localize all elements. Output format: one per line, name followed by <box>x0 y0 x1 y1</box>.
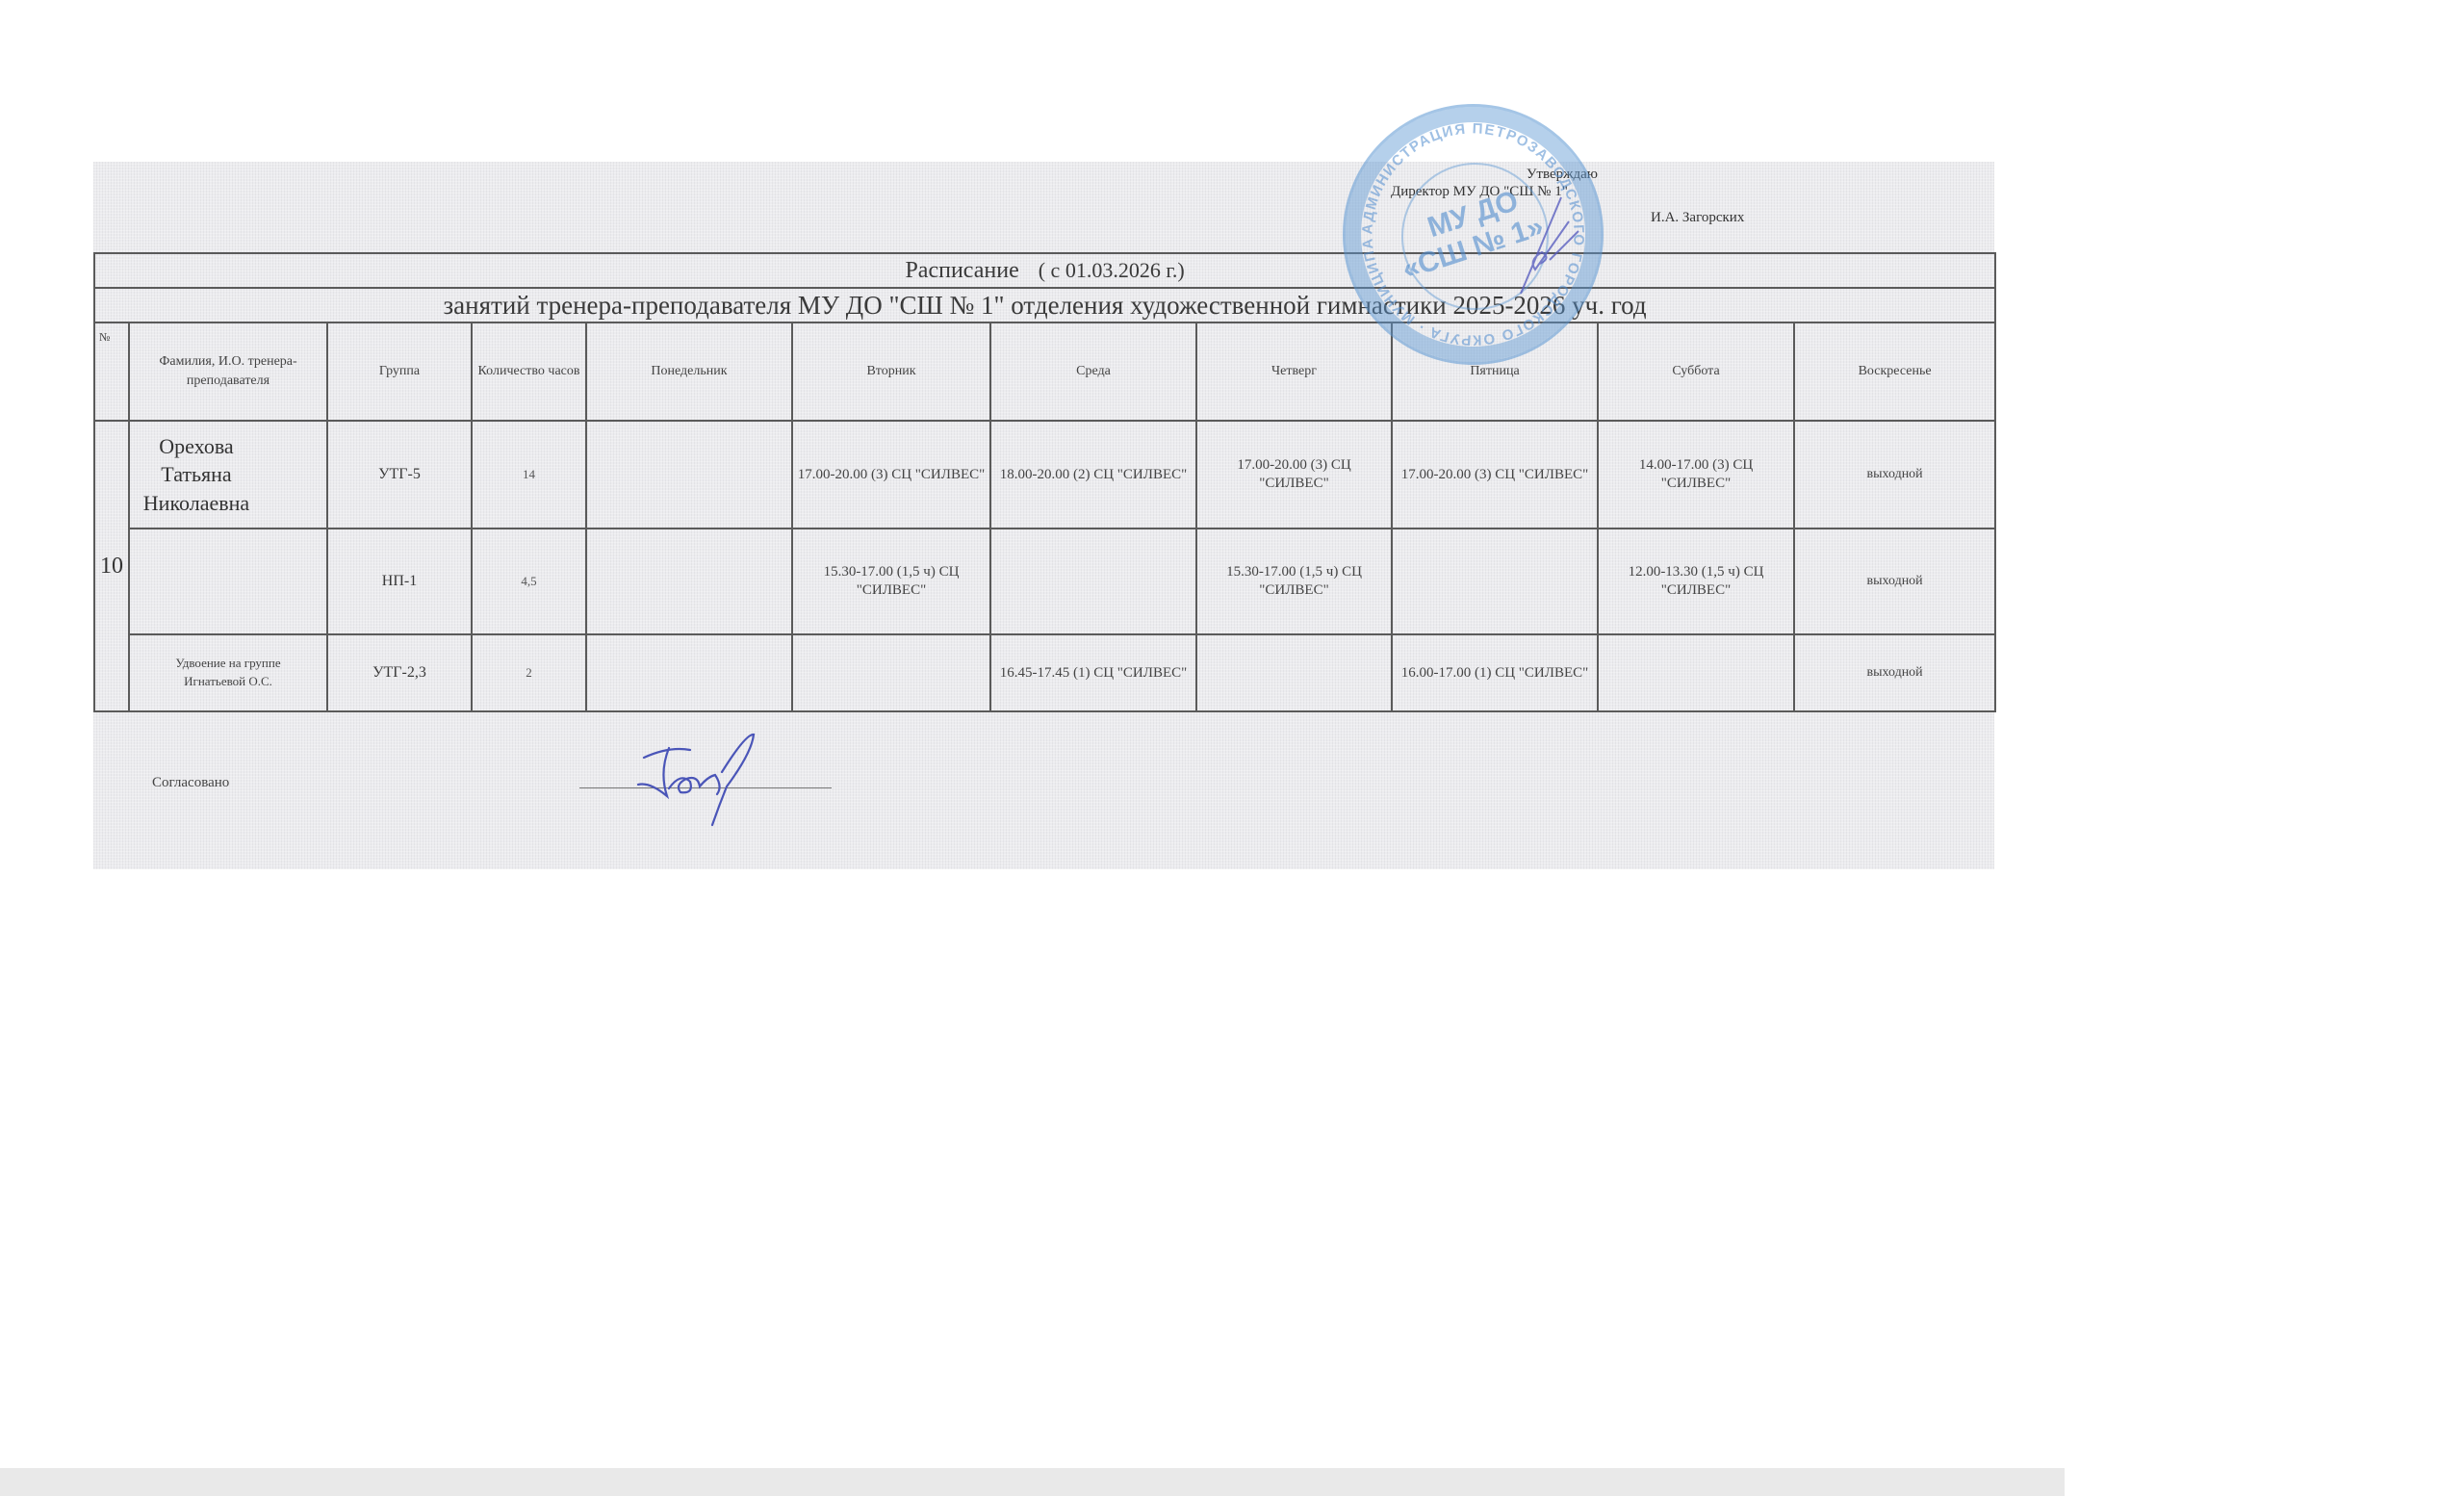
thu-cell <box>1196 634 1392 711</box>
sun-cell: выходной <box>1794 529 1995 634</box>
sat-cell: 14.00-17.00 (3) СЦ "СИЛВЕС" <box>1598 421 1794 529</box>
thu-cell: 15.30-17.00 (1,5 ч) СЦ "СИЛВЕС" <box>1196 529 1392 634</box>
document-title: Расписание( с 01.03.2026 г.) <box>94 253 1995 288</box>
header-thu: Четверг <box>1196 322 1392 421</box>
mon-cell <box>586 421 792 529</box>
wed-cell <box>990 529 1196 634</box>
director-label: Директор МУ ДО "СШ № 1" <box>1391 184 1631 200</box>
header-group: Группа <box>327 322 472 421</box>
hours-cell: 4,5 <box>472 529 586 634</box>
trainer-name-text: Орехова Татьяна Николаевна <box>134 432 259 516</box>
tue-cell: 15.30-17.00 (1,5 ч) СЦ "СИЛВЕС" <box>792 529 990 634</box>
note-text: Удвоение на группе Игнатьевой О.С. <box>156 655 300 691</box>
mon-cell <box>586 529 792 634</box>
subtitle-row: занятий тренера-преподавателя МУ ДО "СШ … <box>94 288 1995 322</box>
hours-cell: 2 <box>472 634 586 711</box>
thu-cell: 17.00-20.00 (3) СЦ "СИЛВЕС" <box>1196 421 1392 529</box>
table-row: НП-1 4,5 15.30-17.00 (1,5 ч) СЦ "СИЛВЕС"… <box>94 529 1995 634</box>
header-mon: Понедельник <box>586 322 792 421</box>
header-wed: Среда <box>990 322 1196 421</box>
header-sun: Воскресенье <box>1794 322 1995 421</box>
header-sat: Суббота <box>1598 322 1794 421</box>
header-fri: Пятница <box>1392 322 1598 421</box>
agreed-label: Согласовано <box>152 775 229 791</box>
header-hours: Количество часов <box>472 322 586 421</box>
tue-cell <box>792 634 990 711</box>
signature-line <box>579 787 832 788</box>
fri-cell <box>1392 529 1598 634</box>
fri-cell: 17.00-20.00 (3) СЦ "СИЛВЕС" <box>1392 421 1598 529</box>
sun-cell: выходной <box>1794 634 1995 711</box>
scan-edge <box>0 1468 2065 1496</box>
note-cell: Удвоение на группе Игнатьевой О.С. <box>129 634 327 711</box>
sat-cell <box>1598 634 1794 711</box>
wed-cell: 18.00-20.00 (2) СЦ "СИЛВЕС" <box>990 421 1196 529</box>
tue-cell: 17.00-20.00 (3) СЦ "СИЛВЕС" <box>792 421 990 529</box>
title-text: Расписание <box>905 258 1018 283</box>
note-cell <box>129 529 327 634</box>
sun-cell: выходной <box>1794 421 1995 529</box>
mon-cell <box>586 634 792 711</box>
fri-cell: 16.00-17.00 (1) СЦ "СИЛВЕС" <box>1392 634 1598 711</box>
wed-cell: 16.45-17.45 (1) СЦ "СИЛВЕС" <box>990 634 1196 711</box>
header-row: № Фамилия, И.О. тренера-преподавателя Гр… <box>94 322 1995 421</box>
entry-number: 10 <box>94 421 129 711</box>
document-subtitle: занятий тренера-преподавателя МУ ДО "СШ … <box>94 288 1995 322</box>
group-cell: УТГ-2,3 <box>327 634 472 711</box>
title-date: ( с 01.03.2026 г.) <box>1039 258 1185 282</box>
header-tue: Вторник <box>792 322 990 421</box>
table-row: 10 Орехова Татьяна Николаевна УТГ-5 14 1… <box>94 421 1995 529</box>
approve-label: Утверждаю <box>1497 167 1598 183</box>
sat-cell: 12.00-13.30 (1,5 ч) СЦ "СИЛВЕС" <box>1598 529 1794 634</box>
header-name: Фамилия, И.О. тренера-преподавателя <box>129 322 327 421</box>
group-cell: УТГ-5 <box>327 421 472 529</box>
group-cell: НП-1 <box>327 529 472 634</box>
schedule-table: Расписание( с 01.03.2026 г.) занятий тре… <box>93 252 1996 712</box>
director-name: И.А. Загорских <box>1651 210 1805 226</box>
title-row: Расписание( с 01.03.2026 г.) <box>94 253 1995 288</box>
hours-cell: 14 <box>472 421 586 529</box>
table-row: Удвоение на группе Игнатьевой О.С. УТГ-2… <box>94 634 1995 711</box>
header-num: № <box>94 322 129 421</box>
trainer-name: Орехова Татьяна Николаевна <box>129 421 327 529</box>
